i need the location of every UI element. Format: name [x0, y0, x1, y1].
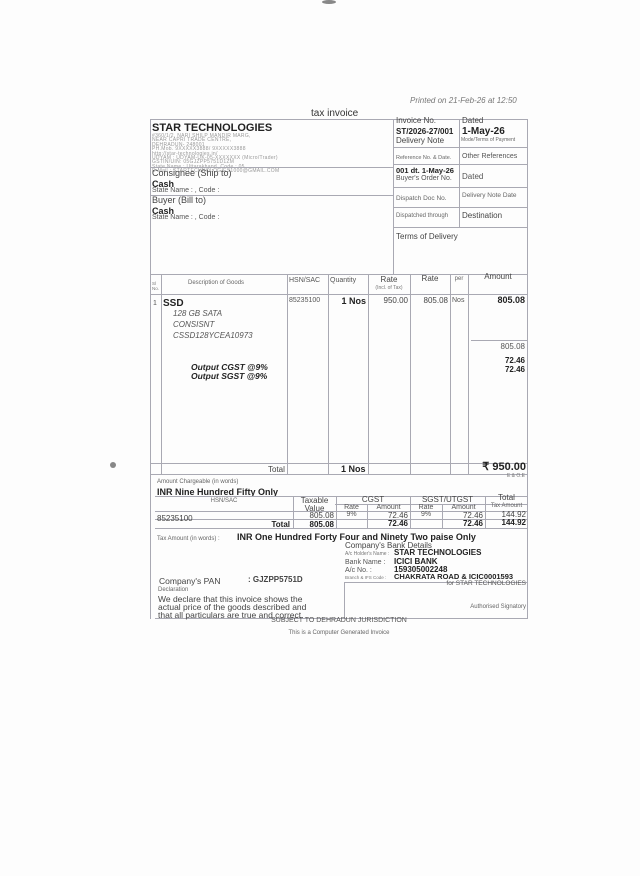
- bank-holder: STAR TECHNOLOGIES: [394, 548, 481, 557]
- col-sl: Sl No.: [152, 281, 160, 291]
- col-rate-incl-sub: (Incl. of Tax): [368, 285, 410, 291]
- tax-col-sgst: SGST/UTGST: [410, 495, 485, 504]
- destination-label: Destination: [462, 211, 502, 220]
- delivery-note-date-label: Delivery Note Date: [462, 192, 517, 199]
- tax-col-cgst-rate: Rate: [336, 504, 367, 511]
- item-amount: 805.08: [468, 295, 525, 305]
- tax-col-sgst-amount: Amount: [442, 504, 485, 511]
- printed-on: Printed on 21-Feb-26 at 12:50: [410, 96, 517, 105]
- invoice-date: 1-May-26: [462, 126, 505, 137]
- dispatched-through-label: Dispatched through: [396, 213, 448, 219]
- item-qty: 1 Nos: [328, 296, 366, 306]
- amount-words-label: Amount Chargeable (in words): [157, 479, 238, 485]
- tax-total-sgst: 72.46: [442, 519, 483, 528]
- col-amount: Amount: [468, 272, 528, 281]
- total-label: Total: [268, 465, 285, 474]
- col-hsn: HSN/SAC: [289, 277, 320, 284]
- col-quantity: Quantity: [330, 277, 356, 284]
- col-per: per: [450, 276, 468, 282]
- tax-cgst-amount: 72.46: [468, 356, 525, 365]
- buyer-state: State Name : , Code :: [152, 214, 219, 221]
- tax-row-cgst-rate: 9%: [336, 511, 367, 518]
- buyers-order-label: Buyer's Order No.: [396, 175, 452, 182]
- col-description: Description of Goods: [188, 280, 244, 286]
- tax-total-cgst: 72.46: [367, 519, 408, 528]
- signatory-for: for STAR TECHNOLOGIES: [344, 580, 526, 587]
- invoice-no-label: Invoice No.: [396, 116, 436, 125]
- item-sl: 1: [153, 300, 157, 307]
- invoice-no: ST/2026-27/001: [396, 127, 453, 136]
- delivery-note-label: Delivery Note: [396, 136, 444, 145]
- tax-col-total: Total: [485, 493, 528, 502]
- tax-words-label: Tax Amount (in words) :: [157, 536, 220, 542]
- tax-col-cgst: CGST: [336, 495, 410, 504]
- computer-generated-note: This is a Computer Generated Invoice: [150, 630, 528, 636]
- item-detail: CSSD128YCEA10973: [173, 331, 253, 340]
- tax-sgst-amount: 72.46: [468, 365, 525, 374]
- pan-value: : GJZPP5751D: [248, 575, 303, 584]
- document-title: tax invoice: [311, 108, 358, 119]
- tax-total-total: 144.92: [485, 518, 526, 527]
- mode-terms-label: Mode/Terms of Payment: [461, 137, 515, 143]
- tax-col-hsn: HSN/SAC: [155, 498, 293, 504]
- dated-label: Dated: [462, 116, 483, 125]
- jurisdiction-note: SUBJECT TO DEHRADUN JURISDICTION: [150, 617, 528, 624]
- declaration-label: Declaration: [158, 587, 188, 593]
- authorised-signatory: Authorised Signatory: [344, 604, 526, 610]
- order-dated-label: Dated: [462, 172, 483, 181]
- consignee-label: Consignee (Ship to): [152, 168, 232, 178]
- item-hsn: 85235100: [289, 297, 320, 304]
- item-detail: 128 GB SATA: [173, 309, 222, 318]
- bank-holder-label: A/c Holder's Name :: [345, 551, 389, 557]
- terms-of-delivery-label: Terms of Delivery: [396, 232, 458, 241]
- bank-acno-label: A/c No. :: [345, 567, 372, 574]
- reference-label: Reference No. & Date.: [396, 155, 451, 161]
- tax-total-taxable: 805.08: [293, 520, 334, 529]
- item-per: Nos: [452, 297, 464, 304]
- other-references-label: Other References: [462, 153, 517, 160]
- reference-value: 001 dt. 1-May-26: [396, 166, 454, 175]
- tax-row-sgst-rate: 9%: [410, 511, 442, 518]
- total-amount: ₹ 950.00: [468, 460, 526, 473]
- dispatch-doc-label: Dispatch Doc No.: [396, 195, 447, 202]
- item-detail: CONSISNT: [173, 320, 214, 329]
- col-rate-incl: Rate: [368, 275, 410, 284]
- consignee-state: State Name : , Code :: [152, 187, 219, 194]
- subtotal: 805.08: [468, 342, 525, 351]
- item-rate-incl: 950.00: [368, 296, 408, 305]
- item-name: SSD: [163, 298, 184, 309]
- tax-col-sgst-rate: Rate: [410, 504, 442, 511]
- total-qty: 1 Nos: [341, 464, 366, 474]
- pan-label: Company's PAN: [159, 576, 220, 586]
- tax-row-taxable: 805.08: [293, 511, 334, 520]
- tax-col-total-amount: Tax Amount: [485, 503, 528, 509]
- buyer-label: Buyer (Bill to): [152, 195, 206, 205]
- item-rate: 805.08: [410, 296, 448, 305]
- eoe: E & O.E: [468, 473, 525, 479]
- tax-total-label: Total: [155, 520, 290, 529]
- col-rate: Rate: [410, 274, 450, 283]
- bank-name-label: Bank Name :: [345, 559, 385, 566]
- scan-smudge: [110, 462, 116, 468]
- tax-col-cgst-amount: Amount: [367, 504, 410, 511]
- scan-smudge: [322, 0, 336, 4]
- tax-sgst-label: Output SGST @9%: [191, 371, 267, 381]
